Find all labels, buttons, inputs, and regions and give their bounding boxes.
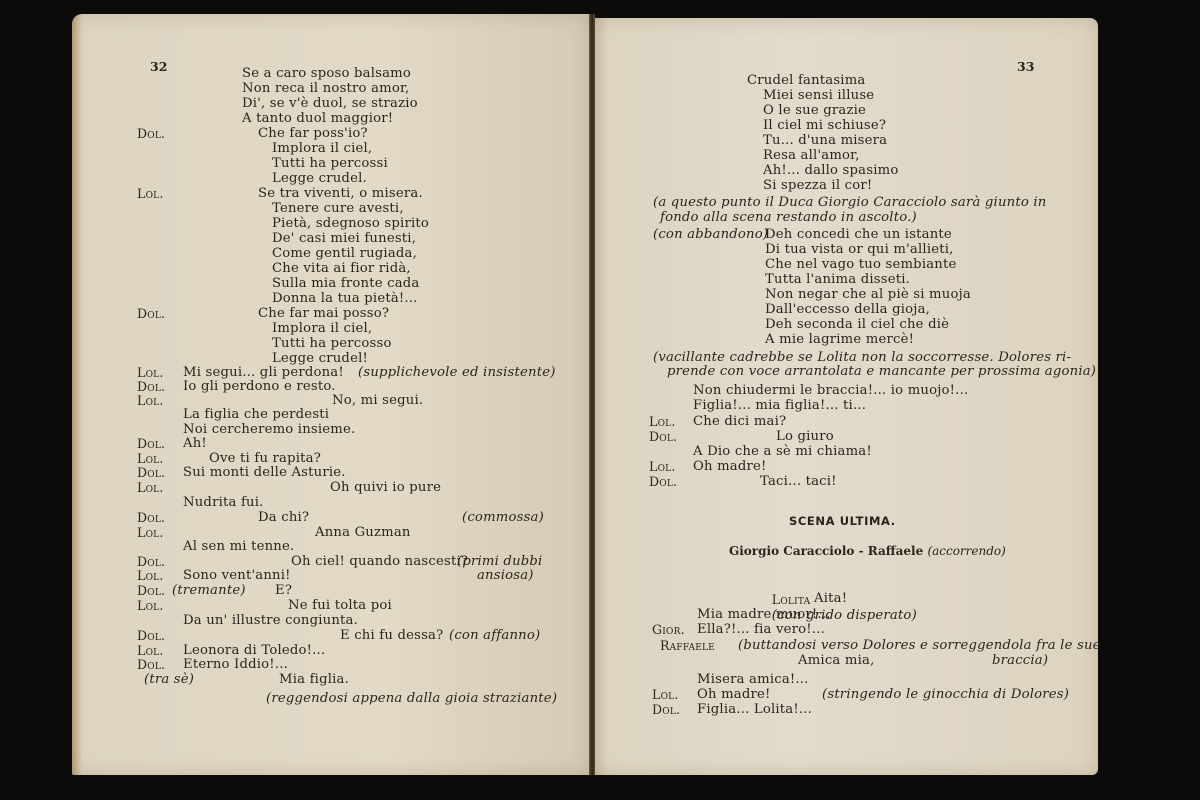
speaker-label: Lol. xyxy=(137,393,164,408)
speaker-label: Raffaele xyxy=(660,638,715,653)
verse-line: Oh ciel! quando nascesti? xyxy=(291,554,468,569)
verse-line: Io gli perdono e resto. xyxy=(183,379,336,394)
verse-line: Miei sensi illuse xyxy=(763,88,874,103)
verse-line: Legge crudel! xyxy=(272,351,368,366)
verse-line: Ne fui tolta poi xyxy=(288,598,392,613)
verse-line: Implora il ciel, xyxy=(272,141,372,156)
stage-direction: (tra sè) xyxy=(144,672,194,687)
verse-line: Oh madre! xyxy=(697,687,771,702)
speaker-label: Dol. xyxy=(137,657,165,672)
verse-line: Di tua vista or qui m'allieti, xyxy=(765,242,954,257)
verse-line: Non chiudermi le braccia!... io muojo!..… xyxy=(693,383,968,398)
verse-line: Che nel vago tuo sembiante xyxy=(765,257,957,272)
verse-line: Resa all'amor, xyxy=(763,148,860,163)
verse-line: Anna Guzman xyxy=(315,525,411,540)
speaker-label: Dol. xyxy=(137,465,165,480)
verse-line: Eterno Iddio!... xyxy=(183,657,288,672)
verse-line: Implora il ciel, xyxy=(272,321,372,336)
verse-line: Taci... taci! xyxy=(760,474,837,489)
book-gutter xyxy=(589,14,595,775)
verse-line: Leonora di Toledo!... xyxy=(183,643,325,658)
speaker-label: Lol. xyxy=(652,687,679,702)
speaker-label: Lol. xyxy=(137,568,164,583)
verse-line: Al sen mi tenne. xyxy=(183,539,294,554)
verse-line: Amica mia, xyxy=(798,653,874,668)
verse-line: Figlia!... mia figlia!... ti... xyxy=(693,398,866,413)
stage-direction: (con abbandono) xyxy=(653,227,768,242)
stage-direction: (a questo punto il Duca Giorgio Caraccio… xyxy=(653,195,1047,210)
speaker-label: Lol. xyxy=(137,643,164,658)
verse-line: Che vita ai fior ridà, xyxy=(272,261,411,276)
verse-line: Che dici mai? xyxy=(693,414,786,429)
stage-direction: (stringendo le ginocchia di Dolores) xyxy=(822,687,1069,702)
stage-direction: fondo alla scena restando in ascolto.) xyxy=(660,210,917,225)
speaker-label: Dol. xyxy=(137,379,165,394)
stage-direction: (supplichevole ed insistente) xyxy=(358,365,556,380)
cast-line: Giorgio Caracciolo - Raffaele (accorrend… xyxy=(729,544,1006,558)
verse-line: Ah!... dallo spasimo xyxy=(763,163,898,178)
verse-line: Da chi? xyxy=(258,510,309,525)
verse-line: Tutti ha percossi xyxy=(272,156,388,171)
scene-title: SCENA ULTIMA. xyxy=(789,514,896,528)
verse-line: Come gentil rugiada, xyxy=(272,246,417,261)
verse-line: Di', se v'è duol, se strazio xyxy=(242,96,418,111)
verse-line: Non reca il nostro amor, xyxy=(242,81,409,96)
speaker-label: Lol. xyxy=(137,186,164,201)
stage-direction: (commossa) xyxy=(462,510,544,525)
speaker-label: Dol. xyxy=(649,474,677,489)
speaker-label: Dol. xyxy=(137,436,165,451)
stage-direction: ansiosa) xyxy=(477,568,534,583)
verse-line: A Dio che a sè mi chiama! xyxy=(693,444,872,459)
page-number-left: 32 xyxy=(150,59,167,74)
stage-direction: (reggendosi appena dalla gioia straziant… xyxy=(266,691,557,706)
page-number-right: 33 xyxy=(1017,59,1034,74)
verse-line: Da un' illustre congiunta. xyxy=(183,613,358,628)
speaker-label: Dol. xyxy=(137,628,165,643)
speaker-label: Lol. xyxy=(137,451,164,466)
verse-line: Pietà, sdegnoso spirito xyxy=(272,216,429,231)
verse-line: Tu... d'una misera xyxy=(763,133,887,148)
verse-line: Crudel fantasima xyxy=(747,73,866,88)
speaker-label: Dol. xyxy=(649,429,677,444)
speaker-label: Dol. xyxy=(137,510,165,525)
verse-line: Il ciel mi schiuse? xyxy=(763,118,886,133)
verse-line: Sono vent'anni! xyxy=(183,568,291,583)
stage-direction: (tremante) xyxy=(172,583,246,598)
verse-line: Se tra viventi, o misera. xyxy=(258,186,423,201)
verse-line: Si spezza il cor! xyxy=(763,178,872,193)
verse-line: No, mi segui. xyxy=(332,393,423,408)
speaker-label: Dol. xyxy=(652,702,680,717)
verse-line: Lo giuro xyxy=(776,429,834,444)
verse-line: A mie lagrime mercè! xyxy=(765,332,914,347)
verse-line: Non negar che al piè si muoja xyxy=(765,287,971,302)
stage-direction: (primi dubbi xyxy=(457,554,542,569)
verse-line: Tutta l'anima disseti. xyxy=(765,272,910,287)
stage-direction: (vacillante cadrebbe se Lolita non la so… xyxy=(653,350,1071,365)
speaker-label: Dol. xyxy=(137,306,165,321)
speaker-label: Dol. xyxy=(137,554,165,569)
verse-line: Sulla mia fronte cada xyxy=(272,276,419,291)
verse-line: Tutti ha percosso xyxy=(272,336,392,351)
verse-line: Tenere cure avesti, xyxy=(272,201,404,216)
verse-line: O le sue grazie xyxy=(763,103,866,118)
verse-line: Donna la tua pietà!... xyxy=(272,291,418,306)
verse-line: Mi segui... gli perdona! xyxy=(183,365,344,380)
speaker-label: Dol. xyxy=(137,126,165,141)
stage-direction: (buttandosi verso Dolores e sorreggendol… xyxy=(738,638,1101,653)
verse-line: Aita! xyxy=(814,591,847,606)
verse-line: Deh concedi che un istante xyxy=(765,227,952,242)
verse-line: Figlia... Lolita!... xyxy=(697,702,812,717)
verse-line: Sui monti delle Asturie. xyxy=(183,465,346,480)
verse-line: Misera amica!... xyxy=(697,672,809,687)
verse-line: Nudrita fui. xyxy=(183,495,264,510)
verse-line: Mia madre muor!... xyxy=(697,607,831,622)
verse-line: Mia figlia. xyxy=(279,672,349,687)
cast-names: Giorgio Caracciolo - Raffaele xyxy=(729,544,923,558)
verse-line: Noi cercheremo insieme. xyxy=(183,422,355,437)
verse-line: Ella?!... fia vero!... xyxy=(697,622,825,637)
speaker-label: Lolita xyxy=(772,592,810,607)
stage-direction: prende con voce arrantolata e mancante p… xyxy=(667,364,1096,379)
speaker-label: Gior. xyxy=(652,622,685,637)
cast-direction: (accorrendo) xyxy=(927,544,1005,558)
speaker-label: Lol. xyxy=(137,365,164,380)
verse-line: A tanto duol maggior! xyxy=(242,111,393,126)
verse-line: Se a caro sposo balsamo xyxy=(242,66,411,81)
speaker-label: Lol. xyxy=(649,459,676,474)
verse-line: Oh quivi io pure xyxy=(330,480,441,495)
verse-line: Ah! xyxy=(183,436,207,451)
speaker-label: Lol. xyxy=(137,525,164,540)
verse-line: De' casi miei funesti, xyxy=(272,231,416,246)
verse-line: E chi fu dessa? xyxy=(340,628,443,643)
verse-line: Dall'eccesso della gioja, xyxy=(765,302,930,317)
stage-direction: braccia) xyxy=(992,653,1048,668)
verse-line: La figlia che perdesti xyxy=(183,407,329,422)
speaker-label: Lol. xyxy=(649,414,676,429)
verse-line: Deh seconda il ciel che diè xyxy=(765,317,949,332)
verse-line: Che far mai posso? xyxy=(258,306,389,321)
verse-line: Ove ti fu rapita? xyxy=(209,451,321,466)
verse-line: E? xyxy=(275,583,292,598)
verse-line: Che far poss'io? xyxy=(258,126,368,141)
stage-direction: (con affanno) xyxy=(449,628,540,643)
speaker-label: Lol. xyxy=(137,598,164,613)
verse-line: Oh madre! xyxy=(693,459,767,474)
speaker-label: Dol. xyxy=(137,583,165,598)
speaker-label: Lol. xyxy=(137,480,164,495)
verse-line: Legge crudel. xyxy=(272,171,367,186)
